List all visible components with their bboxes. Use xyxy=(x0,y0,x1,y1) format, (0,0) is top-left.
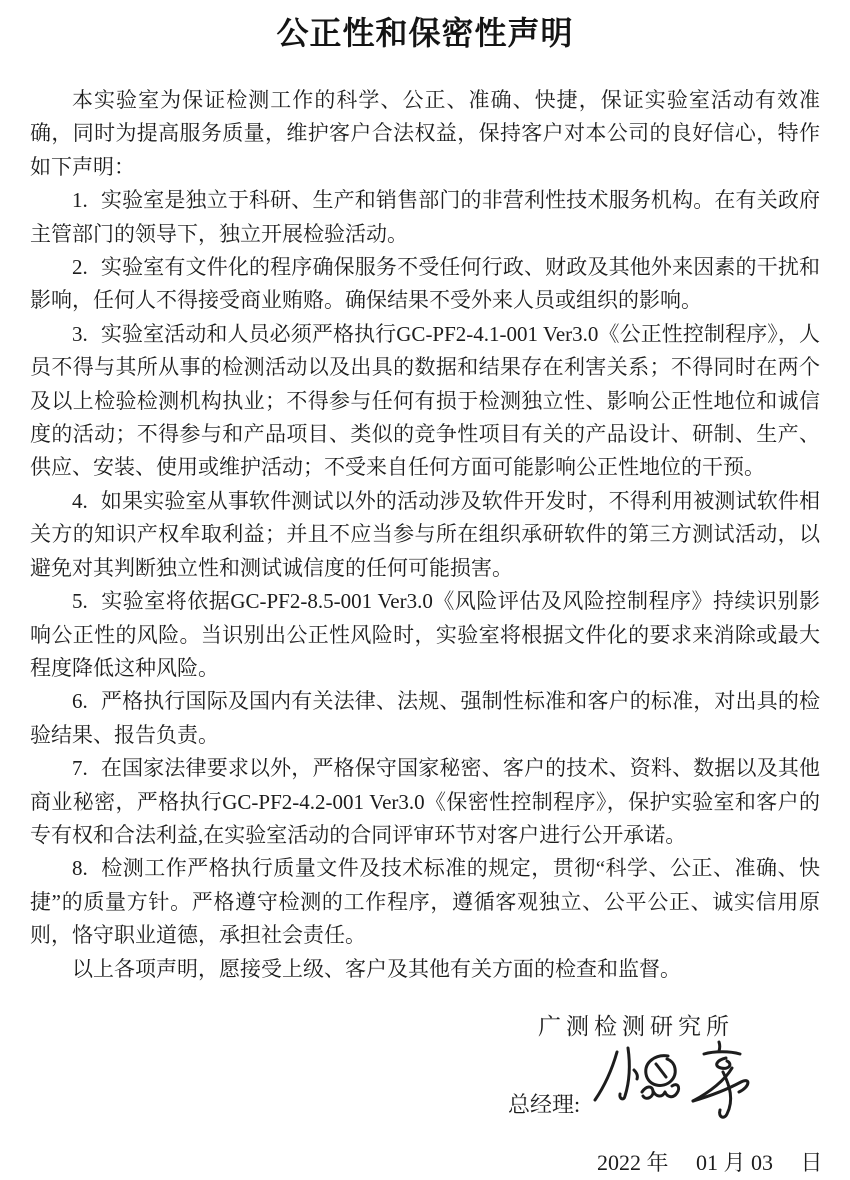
statement-item: 6.严格执行国际及国内有关法律、法规、强制性标准和客户的标准，对出具的检验结果、… xyxy=(30,685,820,752)
statement-item-number: 6. xyxy=(72,689,88,713)
statement-item: 1.实验室是独立于科研、生产和销售部门的非营利性技术服务机构。在有关政府主管部门… xyxy=(30,184,820,251)
statement-item-number: 8. xyxy=(72,856,88,880)
statement-item: 4.如果实验室从事软件测试以外的活动涉及软件开发时，不得利用被测试软件相关方的知… xyxy=(30,485,820,585)
handwritten-signature xyxy=(580,1036,755,1131)
statement-item-number: 3. xyxy=(72,322,88,346)
statement-item: 2.实验室有文件化的程序确保服务不受任何行政、财政及其他外来因素的干扰和影响，任… xyxy=(30,251,820,318)
statement-item: 7.在国家法律要求以外，严格保守国家秘密、客户的技术、资料、数据以及其他商业秘密… xyxy=(30,752,820,852)
statement-item: 8.检测工作严格执行质量文件及技术标准的规定，贯彻“科学、公正、准确、快捷”的质… xyxy=(30,852,820,952)
intro-paragraph: 本实验室为保证检测工作的科学、公正、准确、快捷，保证实验室活动有效准确，同时为提… xyxy=(30,84,820,184)
statement-items: 1.实验室是独立于科研、生产和销售部门的非营利性技术服务机构。在有关政府主管部门… xyxy=(30,184,820,952)
statement-item-number: 2. xyxy=(72,255,88,279)
signer-title-label: 总经理: xyxy=(508,1088,580,1119)
statement-item-number: 1. xyxy=(72,188,88,212)
statement-item-number: 5. xyxy=(72,589,88,613)
closing-paragraph: 以上各项声明，愿接受上级、客户及其他有关方面的检查和监督。 xyxy=(30,953,820,986)
document-body: 本实验室为保证检测工作的科学、公正、准确、快捷，保证实验室活动有效准确，同时为提… xyxy=(30,84,820,986)
document-title: 公正性和保密性声明 xyxy=(0,8,850,54)
statement-item-number: 4. xyxy=(72,489,88,513)
statement-item: 5.实验室将依据GC-PF2-8.5-001 Ver3.0《风险评估及风险控制程… xyxy=(30,585,820,685)
document-page: 公正性和保密性声明 本实验室为保证检测工作的科学、公正、准确、快捷，保证实验室活… xyxy=(0,0,850,1180)
statement-item: 3.实验室活动和人员必须严格执行GC-PF2-4.1-001 Ver3.0《公正… xyxy=(30,318,820,485)
date-line: 2022 年 01 月 03 日 xyxy=(597,1146,823,1177)
statement-item-number: 7. xyxy=(72,756,88,780)
